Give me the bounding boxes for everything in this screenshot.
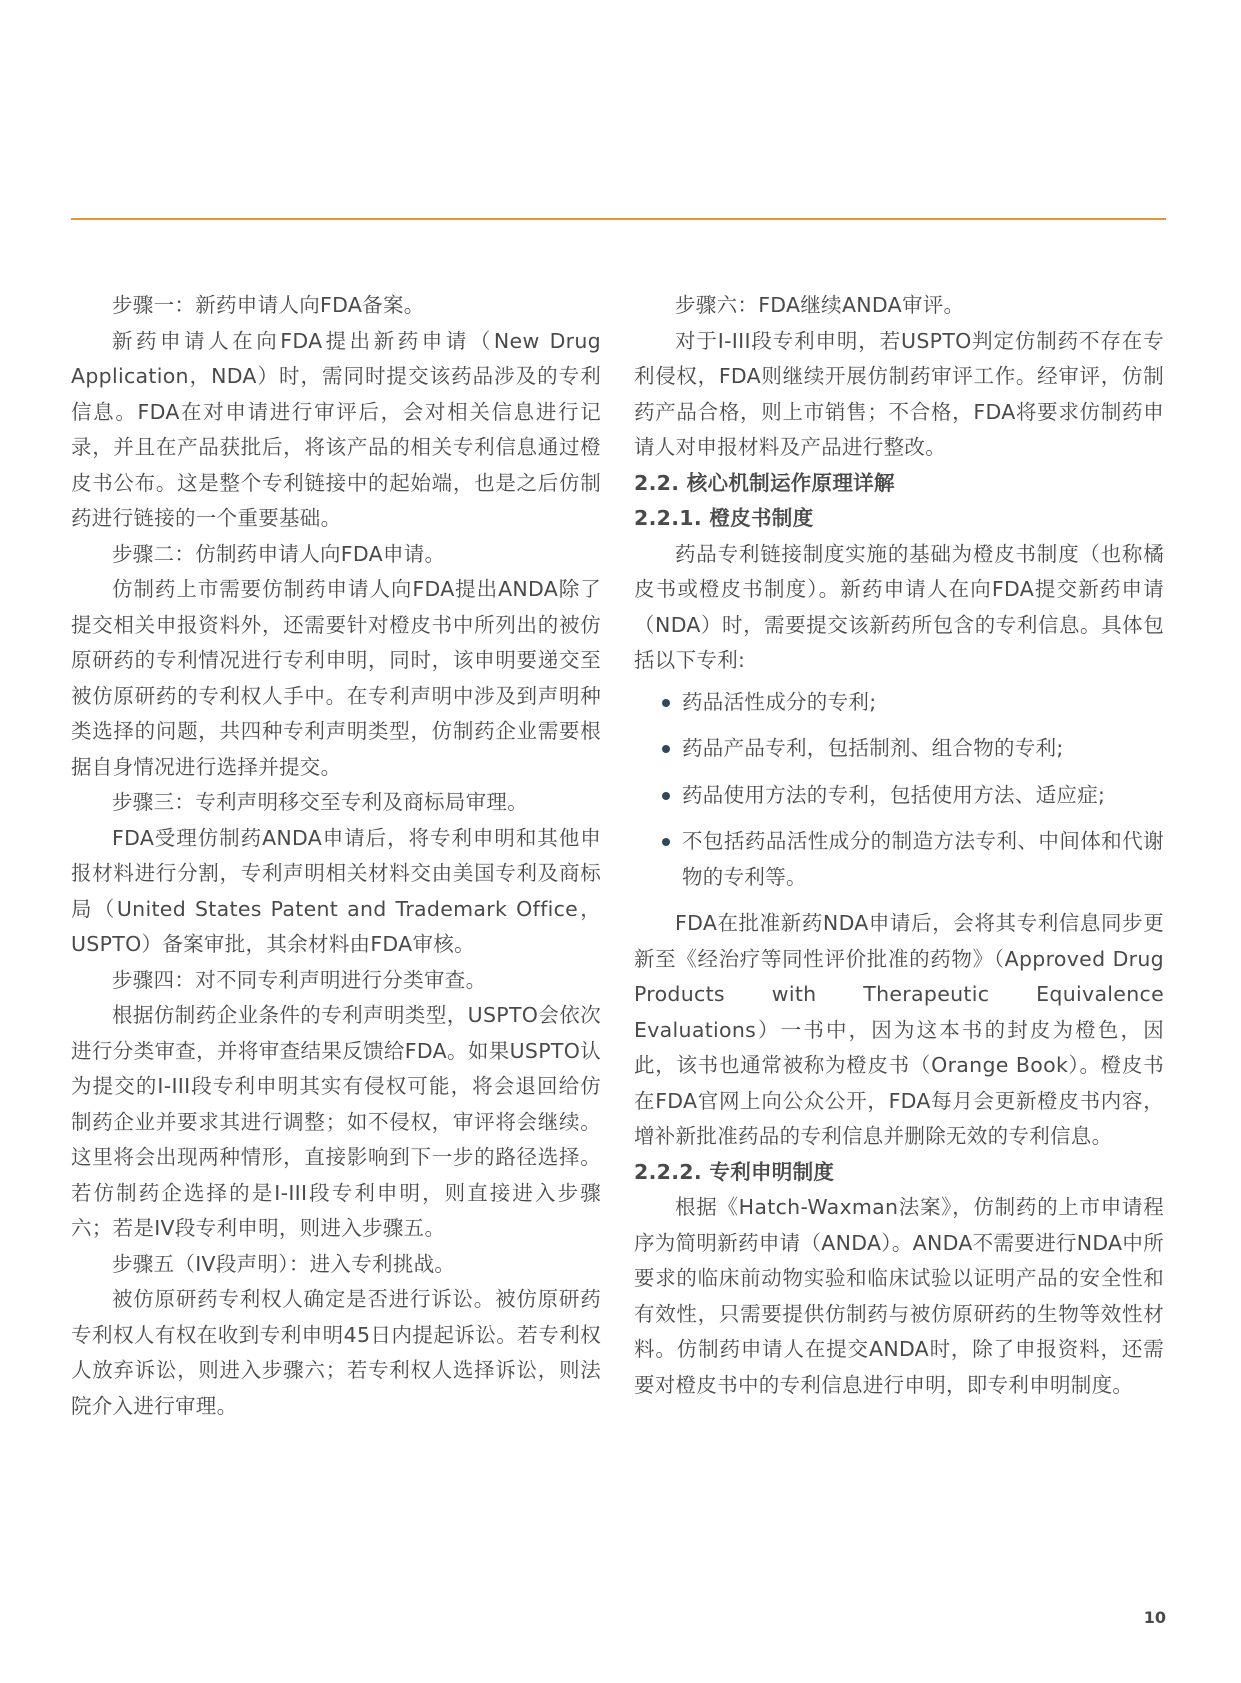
- bullet-icon: [662, 792, 670, 800]
- subsection2-body: 根据《Hatch-Waxman法案》，仿制药的上市申请程序为简明新药申请（AND…: [634, 1190, 1164, 1403]
- section-heading: 2.2. 核心机制运作原理详解: [634, 466, 1164, 502]
- list-item: 药品活性成分的专利;: [634, 685, 1164, 721]
- bullet-icon: [662, 699, 670, 707]
- step1-body: 新药申请人在向FDA提出新药申请（New Drug Application，ND…: [71, 324, 601, 537]
- subsection1-heading: 2.2.1. 橙皮书制度: [634, 501, 1164, 537]
- step3-body: FDA受理仿制药ANDA申请后，将专利申明和其他申报材料进行分割，专利声明相关材…: [71, 821, 601, 963]
- step4-title: 步骤四：对不同专利声明进行分类审查。: [71, 963, 601, 999]
- step5-title: 步骤五（IV段声明）：进入专利挑战。: [71, 1247, 601, 1283]
- step3-title: 步骤三：专利声明移交至专利及商标局审理。: [71, 785, 601, 821]
- list-item-text: 药品活性成分的专利;: [682, 690, 876, 714]
- list-item: 药品产品专利，包括制剂、组合物的专利;: [634, 731, 1164, 767]
- right-column: 步骤六：FDA继续ANDA审评。 对于I-III段专利申明，若USPTO判定仿制…: [634, 288, 1164, 1403]
- step5-body: 被仿原研药专利权人确定是否进行诉讼。被仿原研药专利权人有权在收到专利申明45日内…: [71, 1282, 601, 1424]
- step4-body: 根据仿制药企业条件的专利声明类型，USPTO会依次进行分类审查，并将审查结果反馈…: [71, 998, 601, 1247]
- page-number: 10: [1144, 1608, 1166, 1627]
- list-item: 药品使用方法的专利，包括使用方法、适应症;: [634, 778, 1164, 814]
- subsection2-heading: 2.2.2. 专利申明制度: [634, 1155, 1164, 1191]
- header-divider: [71, 218, 1166, 220]
- step6-title: 步骤六：FDA继续ANDA审评。: [634, 288, 1164, 324]
- list-item-text: 药品使用方法的专利，包括使用方法、适应症;: [682, 783, 1105, 807]
- patent-type-list: 药品活性成分的专利; 药品产品专利，包括制剂、组合物的专利; 药品使用方法的专利…: [634, 685, 1164, 896]
- left-column: 步骤一：新药申请人向FDA备案。 新药申请人在向FDA提出新药申请（New Dr…: [71, 288, 601, 1424]
- list-item: 不包括药品活性成分的制造方法专利、中间体和代谢物的专利等。: [634, 824, 1164, 895]
- list-item-text: 不包括药品活性成分的制造方法专利、中间体和代谢物的专利等。: [682, 829, 1164, 889]
- subsection1-intro: 药品专利链接制度实施的基础为橙皮书制度（也称橘皮书或橙皮书制度）。新药申请人在向…: [634, 537, 1164, 679]
- subsection1-body: FDA在批准新药NDA申请后，会将其专利信息同步更新至《经治疗等同性评价批准的药…: [634, 906, 1164, 1155]
- bullet-icon: [662, 838, 670, 846]
- step6-body: 对于I-III段专利申明，若USPTO判定仿制药不存在专利侵权，FDA则继续开展…: [634, 324, 1164, 466]
- step2-body: 仿制药上市需要仿制药申请人向FDA提出ANDA除了提交相关申报资料外，还需要针对…: [71, 572, 601, 785]
- bullet-icon: [662, 745, 670, 753]
- step2-title: 步骤二：仿制药申请人向FDA申请。: [71, 537, 601, 573]
- step1-title: 步骤一：新药申请人向FDA备案。: [71, 288, 601, 324]
- list-item-text: 药品产品专利，包括制剂、组合物的专利;: [682, 736, 1064, 760]
